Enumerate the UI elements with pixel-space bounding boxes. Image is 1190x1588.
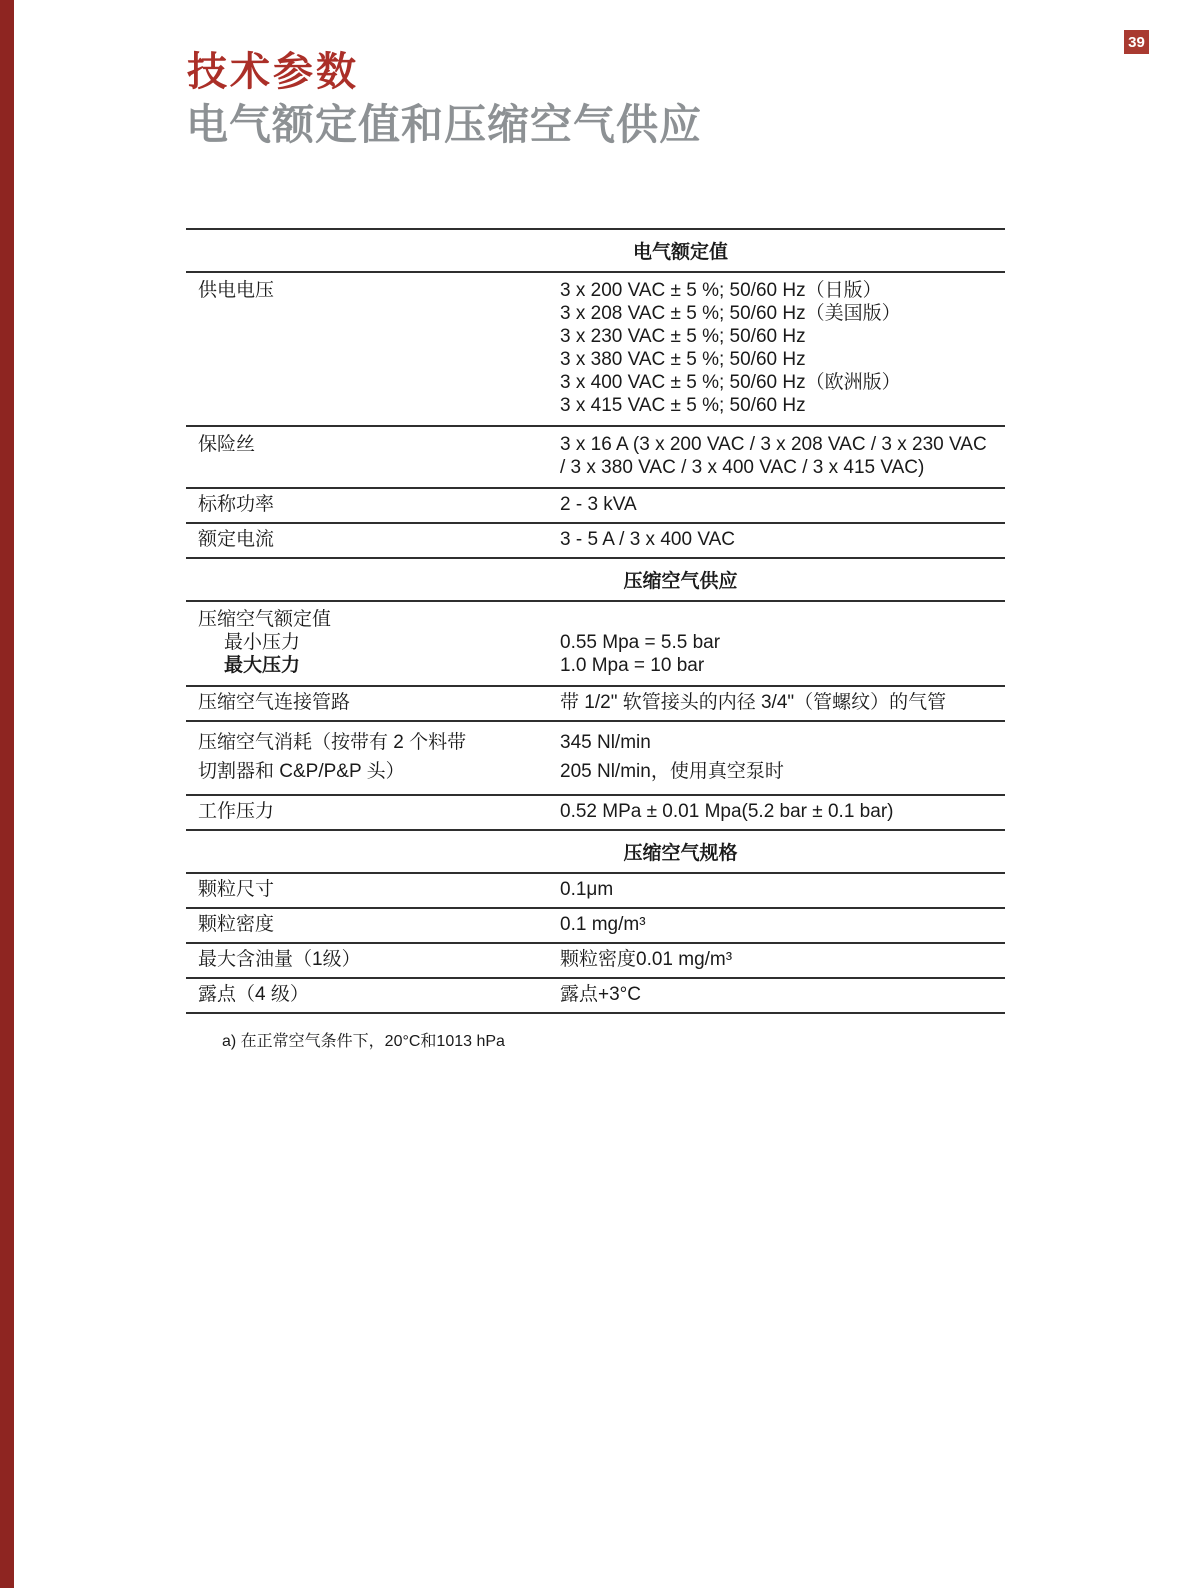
left-accent-bar bbox=[0, 0, 14, 1588]
section-header-air-spec: 压缩空气规格 bbox=[186, 829, 1005, 872]
row-value-line: 0.1μm bbox=[560, 878, 1005, 901]
row-value-line: 颗粒密度0.01 mg/m³ bbox=[560, 948, 1005, 971]
row-label-line: 露点（4 级） bbox=[198, 983, 560, 1006]
table-row-rated-current: 额定电流 3 - 5 A / 3 x 400 VAC bbox=[186, 522, 1005, 557]
table-row-max-oil-content: 最大含油量（1级） 颗粒密度0.01 mg/m³ bbox=[186, 942, 1005, 977]
row-value-line: 3 x 230 VAC ± 5 %; 50/60 Hz bbox=[560, 325, 1005, 348]
table-row-supply-voltage: 供电电压 3 x 200 VAC ± 5 %; 50/60 Hz（日版） 3 x… bbox=[186, 271, 1005, 425]
row-value-line: 345 Nl/min bbox=[560, 728, 1005, 757]
row-value-line: 0.1 mg/m³ bbox=[560, 913, 1005, 936]
row-value: 3 x 16 A (3 x 200 VAC / 3 x 208 VAC / 3 … bbox=[560, 433, 1005, 479]
row-label-line: 保险丝 bbox=[198, 433, 560, 456]
table-row-particle-density: 颗粒密度 0.1 mg/m³ bbox=[186, 907, 1005, 942]
document-page: 39 技术参数 电气额定值和压缩空气供应 电气额定值 供电电压 3 x 200 … bbox=[0, 0, 1190, 1588]
row-label: 最大含油量（1级） bbox=[186, 948, 560, 971]
row-value-line: 0.52 MPa ± 0.01 Mpa(5.2 bar ± 0.1 bar) bbox=[560, 800, 1005, 823]
row-label-line: 额定电流 bbox=[198, 528, 560, 551]
row-label: 压缩空气额定值 最小压力 最大压力 bbox=[186, 608, 560, 677]
table-row-working-pressure: 工作压力 0.52 MPa ± 0.01 Mpa(5.2 bar ± 0.1 b… bbox=[186, 794, 1005, 829]
page-number-badge: 39 bbox=[1124, 30, 1149, 54]
table-row-nominal-power: 标称功率 2 - 3 kVA bbox=[186, 487, 1005, 522]
row-value: 0.55 Mpa = 5.5 bar 1.0 Mpa = 10 bar bbox=[560, 608, 1005, 677]
row-value: 3 x 200 VAC ± 5 %; 50/60 Hz（日版） 3 x 208 … bbox=[560, 279, 1005, 417]
row-value-line: / 3 x 380 VAC / 3 x 400 VAC / 3 x 415 VA… bbox=[560, 456, 1005, 479]
row-label: 工作压力 bbox=[186, 800, 560, 823]
row-label-line: 压缩空气额定值 bbox=[198, 608, 560, 631]
table-row-air-consumption: 压缩空气消耗（按带有 2 个料带 切割器和 C&P/P&P 头） 345 Nl/… bbox=[186, 720, 1005, 794]
row-label: 保险丝 bbox=[186, 433, 560, 479]
page-title: 技术参数 bbox=[187, 50, 359, 94]
row-value: 345 Nl/min 205 Nl/min，使用真空泵时 bbox=[560, 728, 1005, 786]
row-value: 3 - 5 A / 3 x 400 VAC bbox=[560, 528, 1005, 551]
footnote: a) 在正常空气条件下，20°C和1013 hPa bbox=[222, 1028, 505, 1051]
table-row-fuses: 保险丝 3 x 16 A (3 x 200 VAC / 3 x 208 VAC … bbox=[186, 425, 1005, 487]
row-value-line: 0.55 Mpa = 5.5 bar bbox=[560, 631, 1005, 654]
section-header-air-supply: 压缩空气供应 bbox=[186, 557, 1005, 600]
row-label: 颗粒密度 bbox=[186, 913, 560, 936]
row-label-line-max-pressure: 最大压力 bbox=[198, 654, 560, 677]
row-value-line: 带 1/2" 软管接头的内径 3/4"（管螺纹）的气管 bbox=[560, 691, 1005, 714]
row-value: 露点+3°C bbox=[560, 983, 1005, 1006]
table-row-particle-size: 颗粒尺寸 0.1μm bbox=[186, 872, 1005, 907]
row-value-line: 2 - 3 kVA bbox=[560, 493, 1005, 516]
row-value-line: 3 - 5 A / 3 x 400 VAC bbox=[560, 528, 1005, 551]
row-value-line: 3 x 208 VAC ± 5 %; 50/60 Hz（美国版） bbox=[560, 302, 1005, 325]
row-label: 露点（4 级） bbox=[186, 983, 560, 1006]
row-label: 额定电流 bbox=[186, 528, 560, 551]
row-value-line: 露点+3°C bbox=[560, 983, 1005, 1006]
row-label-line: 颗粒密度 bbox=[198, 913, 560, 936]
row-value-line: 3 x 415 VAC ± 5 %; 50/60 Hz bbox=[560, 394, 1005, 417]
row-label: 颗粒尺寸 bbox=[186, 878, 560, 901]
row-label-line-min-pressure: 最小压力 bbox=[198, 631, 560, 654]
row-label-line: 供电电压 bbox=[198, 279, 560, 302]
row-label: 压缩空气连接管路 bbox=[186, 691, 560, 714]
row-label-line: 压缩空气消耗（按带有 2 个料带 bbox=[198, 728, 560, 757]
table-row-air-connection: 压缩空气连接管路 带 1/2" 软管接头的内径 3/4"（管螺纹）的气管 bbox=[186, 685, 1005, 720]
row-value: 0.1 mg/m³ bbox=[560, 913, 1005, 936]
spec-table: 电气额定值 供电电压 3 x 200 VAC ± 5 %; 50/60 Hz（日… bbox=[186, 228, 1005, 1014]
row-value: 0.52 MPa ± 0.01 Mpa(5.2 bar ± 0.1 bar) bbox=[560, 800, 1005, 823]
row-label: 压缩空气消耗（按带有 2 个料带 切割器和 C&P/P&P 头） bbox=[186, 728, 560, 786]
row-label: 供电电压 bbox=[186, 279, 560, 417]
row-value-line: 3 x 16 A (3 x 200 VAC / 3 x 208 VAC / 3 … bbox=[560, 433, 1005, 456]
section-header-electrical: 电气额定值 bbox=[186, 228, 1005, 271]
row-label-line: 标称功率 bbox=[198, 493, 560, 516]
row-label-line: 切割器和 C&P/P&P 头） bbox=[198, 757, 560, 786]
row-label-line: 最大含油量（1级） bbox=[198, 948, 560, 971]
row-value: 颗粒密度0.01 mg/m³ bbox=[560, 948, 1005, 971]
row-label-line: 压缩空气连接管路 bbox=[198, 691, 560, 714]
row-label: 标称功率 bbox=[186, 493, 560, 516]
row-value: 0.1μm bbox=[560, 878, 1005, 901]
row-value: 带 1/2" 软管接头的内径 3/4"（管螺纹）的气管 bbox=[560, 691, 1005, 714]
page-subtitle: 电气额定值和压缩空气供应 bbox=[186, 102, 702, 150]
row-value: 2 - 3 kVA bbox=[560, 493, 1005, 516]
table-row-dew-point: 露点（4 级） 露点+3°C bbox=[186, 977, 1005, 1012]
row-label-line: 颗粒尺寸 bbox=[198, 878, 560, 901]
table-row-air-ratings: 压缩空气额定值 最小压力 最大压力 0.55 Mpa = 5.5 bar 1.0… bbox=[186, 600, 1005, 685]
row-value-line: 3 x 400 VAC ± 5 %; 50/60 Hz（欧洲版） bbox=[560, 371, 1005, 394]
row-value-line: 3 x 200 VAC ± 5 %; 50/60 Hz（日版） bbox=[560, 279, 1005, 302]
row-value-line: 205 Nl/min，使用真空泵时 bbox=[560, 757, 1005, 786]
row-value-line: 3 x 380 VAC ± 5 %; 50/60 Hz bbox=[560, 348, 1005, 371]
row-label-line: 工作压力 bbox=[198, 800, 560, 823]
row-value-line: 1.0 Mpa = 10 bar bbox=[560, 654, 1005, 677]
page-number: 39 bbox=[1128, 34, 1145, 51]
